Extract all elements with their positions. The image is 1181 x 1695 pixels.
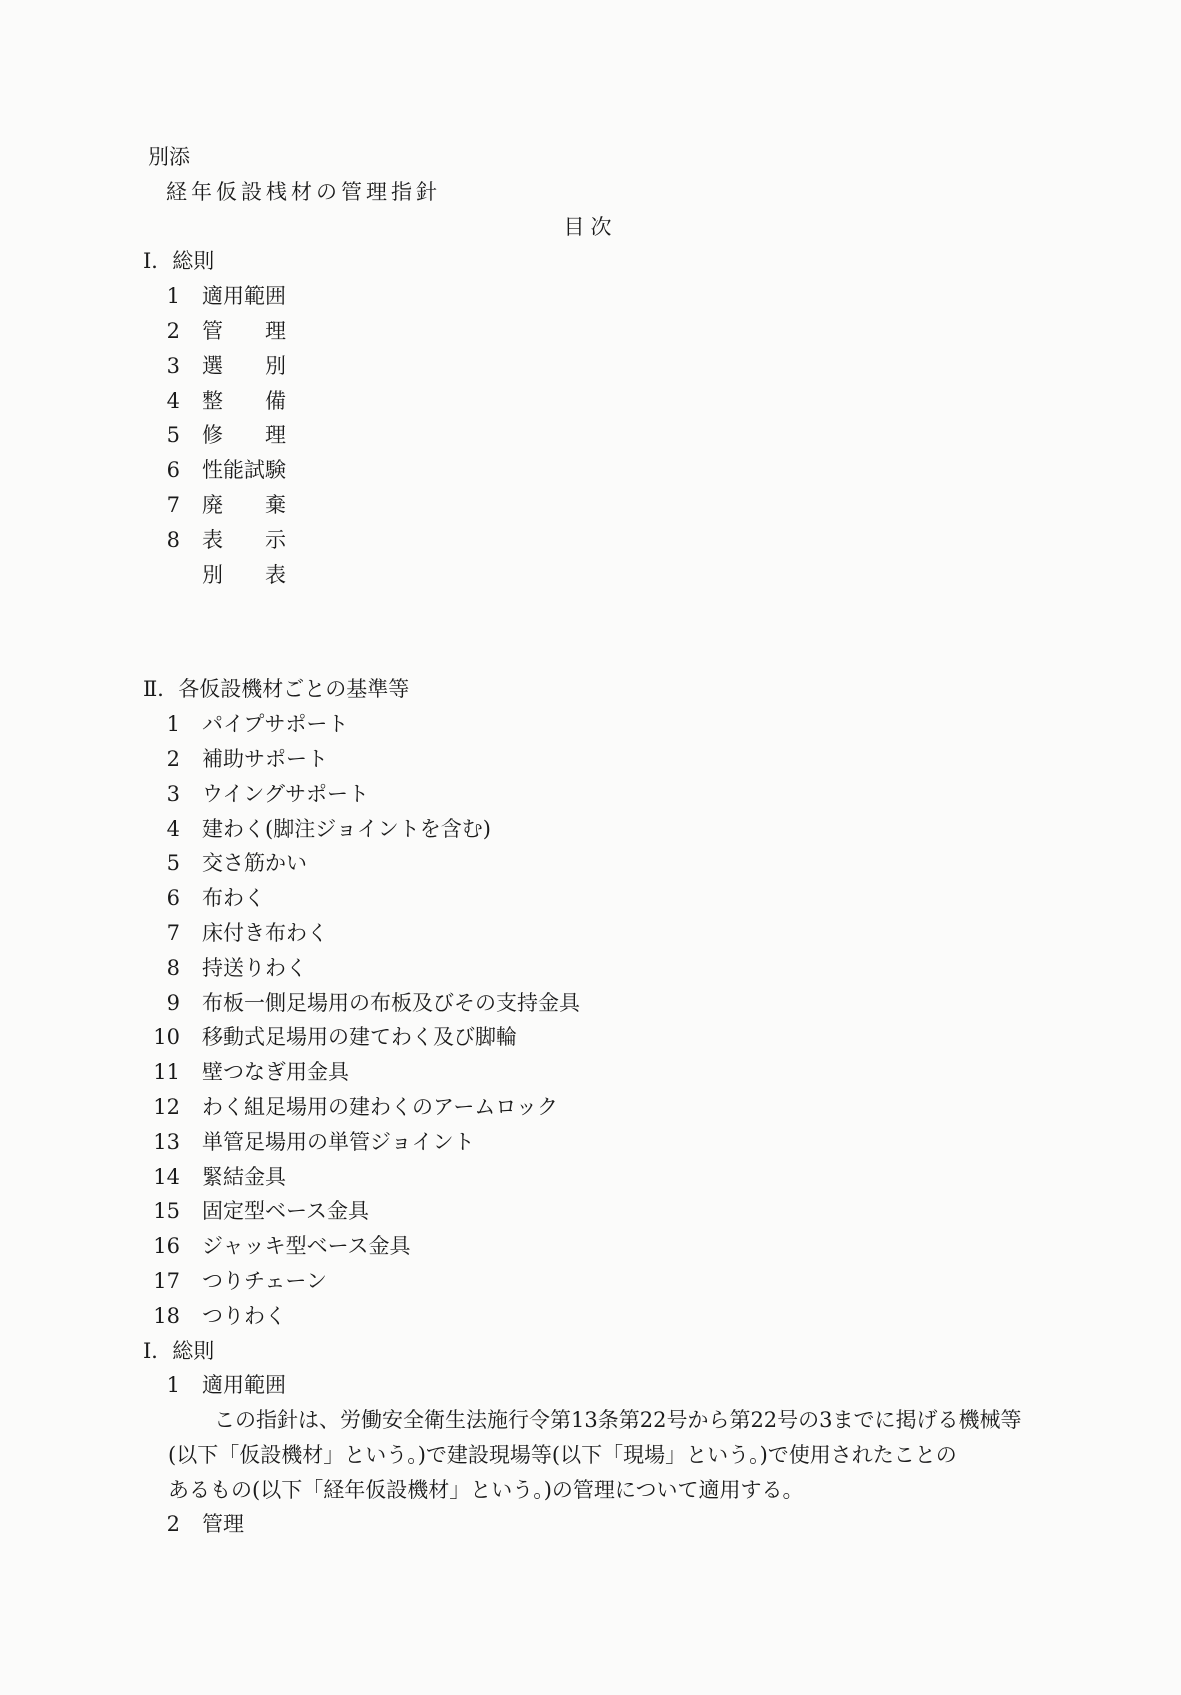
- clause-1-paragraph: この指針は、労働安全衛生法施行令第13条第22号から第22号の3までに掲げる機械…: [0, 1403, 1181, 1507]
- toc-item-number: 7: [142, 488, 180, 523]
- toc-item: 12 わく組足場用の建わくのアームロック: [0, 1090, 1181, 1125]
- toc-item-number: 6: [142, 881, 180, 916]
- clause-number: 1: [142, 1368, 180, 1403]
- toc-item-number: 9: [142, 986, 180, 1021]
- toc-item-label: 補助サポート: [202, 742, 328, 777]
- toc-item: 別 表: [0, 558, 1181, 593]
- toc-item-label: 布わく: [202, 881, 265, 916]
- toc-item-number: 8: [142, 523, 180, 558]
- paragraph-line: この指針は、労働安全衛生法施行令第13条第22号から第22号の3までに掲げる機械…: [168, 1403, 1091, 1438]
- toc-item-number: 13: [142, 1125, 180, 1160]
- toc-item-number: 7: [142, 916, 180, 951]
- toc-item: 4 建わく(脚注ジョイントを含む): [0, 812, 1181, 847]
- toc-item-label: ウイングサポート: [202, 777, 369, 812]
- toc-item-number: 5: [142, 418, 180, 453]
- clause-title: 管理: [202, 1507, 244, 1542]
- paragraph-line: あるもの(以下「経年仮設機材」という。)の管理について適用する。: [168, 1473, 1091, 1508]
- toc-item-label: ジャッキ型ベース金具: [202, 1229, 411, 1264]
- toc-item-number: [142, 558, 180, 593]
- toc-item-label: 選 別: [202, 349, 286, 384]
- toc-item-label: 布板一側足場用の布板及びその支持金具: [202, 986, 580, 1021]
- toc-heading: 目次: [0, 210, 1181, 245]
- toc-item-label: パイプサポート: [202, 707, 348, 742]
- body-clause-2-heading: 2 管理: [0, 1507, 1181, 1542]
- clause-title: 適用範囲: [202, 1368, 286, 1403]
- toc-item-label: 廃 棄: [202, 488, 286, 523]
- toc-item-number: 15: [142, 1194, 180, 1229]
- toc-item-number: 12: [142, 1090, 180, 1125]
- paragraph-line: (以下「仮設機材」という。)で建設現場等(以下「現場」という。)で使用されたこと…: [168, 1438, 1091, 1473]
- toc-item-label: つりチェーン: [202, 1264, 327, 1299]
- toc-item-number: 5: [142, 846, 180, 881]
- toc-item-label: つりわく: [202, 1299, 286, 1334]
- toc-item-label: 適用範囲: [202, 279, 286, 314]
- toc-item-label: 移動式足場用の建てわく及び脚輪: [202, 1020, 517, 1055]
- toc-item: 2 管 理: [0, 314, 1181, 349]
- toc-item-number: 18: [142, 1299, 180, 1334]
- toc-item: 3 選 別: [0, 349, 1181, 384]
- toc-item: 18 つりわく: [0, 1299, 1181, 1334]
- body-clause-1-heading: 1 適用範囲: [0, 1368, 1181, 1403]
- toc-item-label: 床付き布わく: [202, 916, 328, 951]
- toc-item: 1 適用範囲: [0, 279, 1181, 314]
- toc-section-1-heading: Ⅰ．総則: [0, 244, 1181, 279]
- toc-item: 6 性能試験: [0, 453, 1181, 488]
- toc-item: 1 パイプサポート: [0, 707, 1181, 742]
- toc-item: 14 緊結金具: [0, 1160, 1181, 1195]
- toc-item-label: 緊結金具: [202, 1160, 286, 1195]
- toc-item-label: 管 理: [202, 314, 286, 349]
- toc-section-2-heading: Ⅱ．各仮設機材ごとの基準等: [0, 672, 1181, 707]
- toc-item-number: 16: [142, 1229, 180, 1264]
- toc-item-label: 交さ筋かい: [202, 846, 307, 881]
- toc-item-number: 10: [142, 1020, 180, 1055]
- toc-item: 5 修 理: [0, 418, 1181, 453]
- toc-item-number: 2: [142, 314, 180, 349]
- toc-item: 10 移動式足場用の建てわく及び脚輪: [0, 1020, 1181, 1055]
- toc-item-number: 6: [142, 453, 180, 488]
- toc-item-number: 11: [142, 1055, 180, 1090]
- toc-item: 17 つりチェーン: [0, 1264, 1181, 1299]
- document-page: 別添 経年仮設桟材の管理指針 目次 Ⅰ．総則 1 適用範囲 2 管 理 3 選 …: [0, 0, 1181, 1695]
- toc-item: 6 布わく: [0, 881, 1181, 916]
- toc-item-number: 3: [142, 777, 180, 812]
- toc-item-number: 4: [142, 812, 180, 847]
- toc-item: 15 固定型ベース金具: [0, 1194, 1181, 1229]
- toc-item-label: 壁つなぎ用金具: [202, 1055, 349, 1090]
- toc-item: 2 補助サポート: [0, 742, 1181, 777]
- toc-item-label: わく組足場用の建わくのアームロック: [202, 1090, 558, 1125]
- toc-item-label: 整 備: [202, 384, 286, 419]
- section-gap: [0, 592, 1181, 672]
- toc-item-number: 1: [142, 707, 180, 742]
- toc-item: 11 壁つなぎ用金具: [0, 1055, 1181, 1090]
- document-title: 経年仮設桟材の管理指針: [0, 175, 1181, 210]
- toc-item: 13 単管足場用の単管ジョイント: [0, 1125, 1181, 1160]
- toc-item-number: 2: [142, 742, 180, 777]
- toc-item-label: 固定型ベース金具: [202, 1194, 369, 1229]
- toc-item: 7 床付き布わく: [0, 916, 1181, 951]
- toc-item: 16 ジャッキ型ベース金具: [0, 1229, 1181, 1264]
- toc-item-label: 表 示: [202, 523, 286, 558]
- attachment-label: 別添: [0, 140, 1181, 175]
- toc-item-label: 別 表: [202, 558, 286, 593]
- toc-item: 3 ウイングサポート: [0, 777, 1181, 812]
- toc-item-number: 17: [142, 1264, 180, 1299]
- toc-item: 8 持送りわく: [0, 951, 1181, 986]
- toc-item-number: 8: [142, 951, 180, 986]
- toc-item: 9 布板一側足場用の布板及びその支持金具: [0, 986, 1181, 1021]
- toc-item-number: 3: [142, 349, 180, 384]
- toc-item-number: 4: [142, 384, 180, 419]
- toc-item: 8 表 示: [0, 523, 1181, 558]
- toc-item: 4 整 備: [0, 384, 1181, 419]
- toc-item: 5 交さ筋かい: [0, 846, 1181, 881]
- toc-item-number: 1: [142, 279, 180, 314]
- toc-item: 7 廃 棄: [0, 488, 1181, 523]
- toc-item-number: 14: [142, 1160, 180, 1195]
- toc-item-label: 単管足場用の単管ジョイント: [202, 1125, 475, 1160]
- toc-item-label: 修 理: [202, 418, 286, 453]
- toc-item-label: 持送りわく: [202, 951, 307, 986]
- clause-number: 2: [142, 1507, 180, 1542]
- body-section-1-heading: Ⅰ．総則: [0, 1334, 1181, 1369]
- toc-item-label: 性能試験: [202, 453, 286, 488]
- toc-item-label: 建わく(脚注ジョイントを含む): [202, 812, 491, 847]
